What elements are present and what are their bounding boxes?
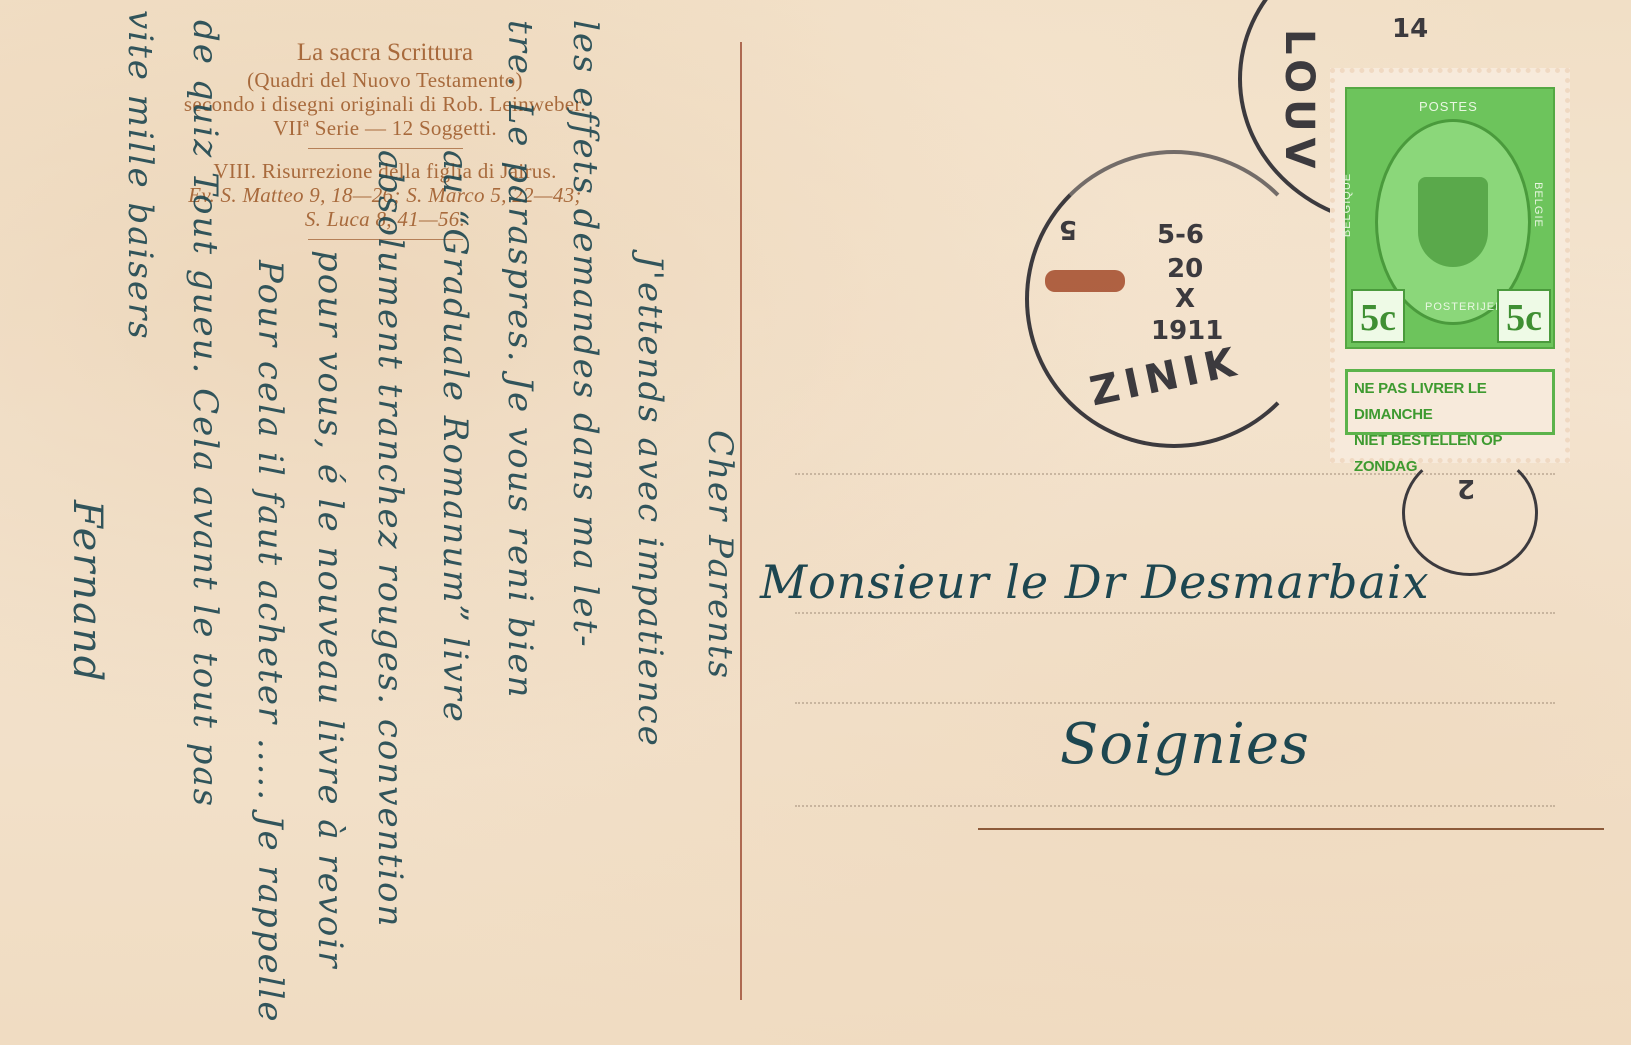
postmark-time: 5-6 [1157,220,1204,250]
postmark-year: 1911 [1151,316,1223,346]
signature: Fernand [64,500,110,683]
message-column: J'ettends avec impatience [630,255,670,748]
coat-of-arms-icon [1418,177,1488,267]
message-column: les effets demandes dans ma let- [565,20,605,649]
stamp-top-label: POSTES [1419,99,1478,114]
message-column: Pour cela il faut acheter ..... Je rappe… [250,260,290,1023]
address-town: Soignies [1060,712,1310,777]
postmark-month: X [1175,284,1195,314]
postage-stamp: POSTES POSTERIJEN BELGIQUE BELGIE 5c 5c … [1330,68,1570,463]
postmark-time: 14 [1392,14,1428,44]
message-column: au “Graduale Romanum” livre [435,150,475,724]
message-column: vite mille baisers [120,10,160,341]
address-line [795,702,1555,704]
caption-rule [308,148,463,149]
postmark-town: ZINIK [1086,339,1245,416]
red-ink-mark [1045,270,1125,292]
stamp-design: POSTES POSTERIJEN BELGIQUE BELGIE 5c 5c [1345,87,1555,349]
address-line [795,612,1555,614]
stamp-country-fr: BELGIQUE [1341,173,1353,237]
postmark-town: LOUV [1276,29,1322,175]
stamp-bottom-label: POSTERIJEN [1425,301,1504,313]
stamp-value-left: 5c [1351,289,1405,343]
center-divider [740,42,742,1000]
message-column: Cher Parents [700,430,740,680]
message-column: de quiz Tout gueu. Cela avant le tout pa… [185,20,225,808]
postcard-back: La sacra Scrittura (Quadri del Nuovo Tes… [0,0,1631,1045]
postmark-side-mark: 5 [1059,214,1077,244]
address-underline [978,828,1604,830]
stamp-country-nl: BELGIE [1532,182,1544,228]
stamp-tab-fr: NE PAS LIVRER LE DIMANCHE [1354,376,1546,428]
stamp-sunday-tab: NE PAS LIVRER LE DIMANCHE NIET BESTELLEN… [1345,369,1555,435]
stamp-value-right: 5c [1497,289,1551,343]
message-column: tre. Le paraspres. Je vous reni bien [500,20,540,699]
address-recipient: Monsieur le Dr Desmarbaix [760,555,1430,609]
stamp-tab-nl: NIET BESTELLEN OP ZONDAG [1354,428,1546,480]
message-column: pour vous, é le nouveau livre à revoir [310,250,350,970]
postmark-zinik: 5 5-6 20 X 1911 ZINIK [1025,150,1323,448]
address-line [795,805,1555,807]
postmark-day: 20 [1167,254,1203,284]
message-column: absolument tranchez rouges. convention [370,150,410,928]
